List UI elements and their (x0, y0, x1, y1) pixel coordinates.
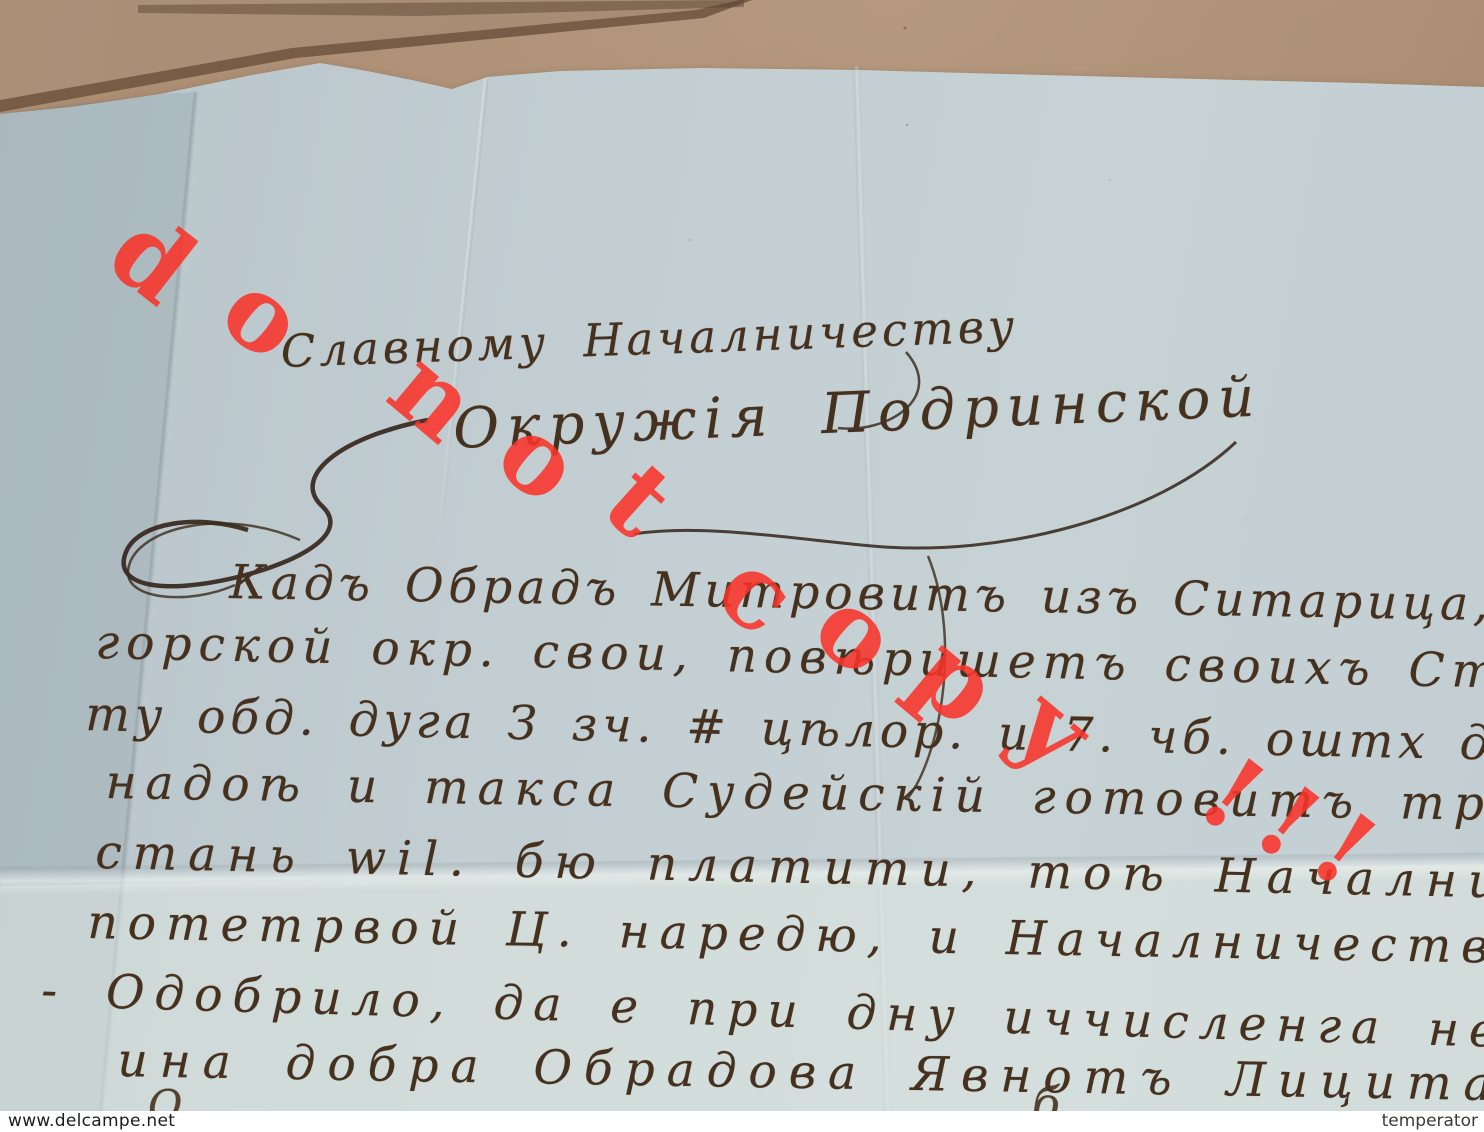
watermark-letter: y (998, 671, 1109, 787)
watermark-letter: d (92, 197, 211, 321)
watermark-letter: p (896, 618, 1016, 742)
watermark-letter: t (587, 446, 690, 553)
watermark-letter: o (205, 255, 321, 377)
watermark-letter: o (480, 398, 598, 520)
watermark-letter: n (373, 333, 495, 459)
photo-canvas: Славному НачалничествуОкружія Подринской… (0, 0, 1484, 1132)
watermark-letter: c (700, 534, 813, 652)
do-not-copy-watermark: donotcopy!!! (0, 0, 1484, 1132)
watermark-letter: o (797, 571, 915, 693)
footer-strip: www.delcampe.net temperator (0, 1111, 1484, 1132)
footer-site-text: www.delcampe.net (8, 1111, 175, 1132)
footer-brand-text: temperator (1382, 1111, 1478, 1132)
